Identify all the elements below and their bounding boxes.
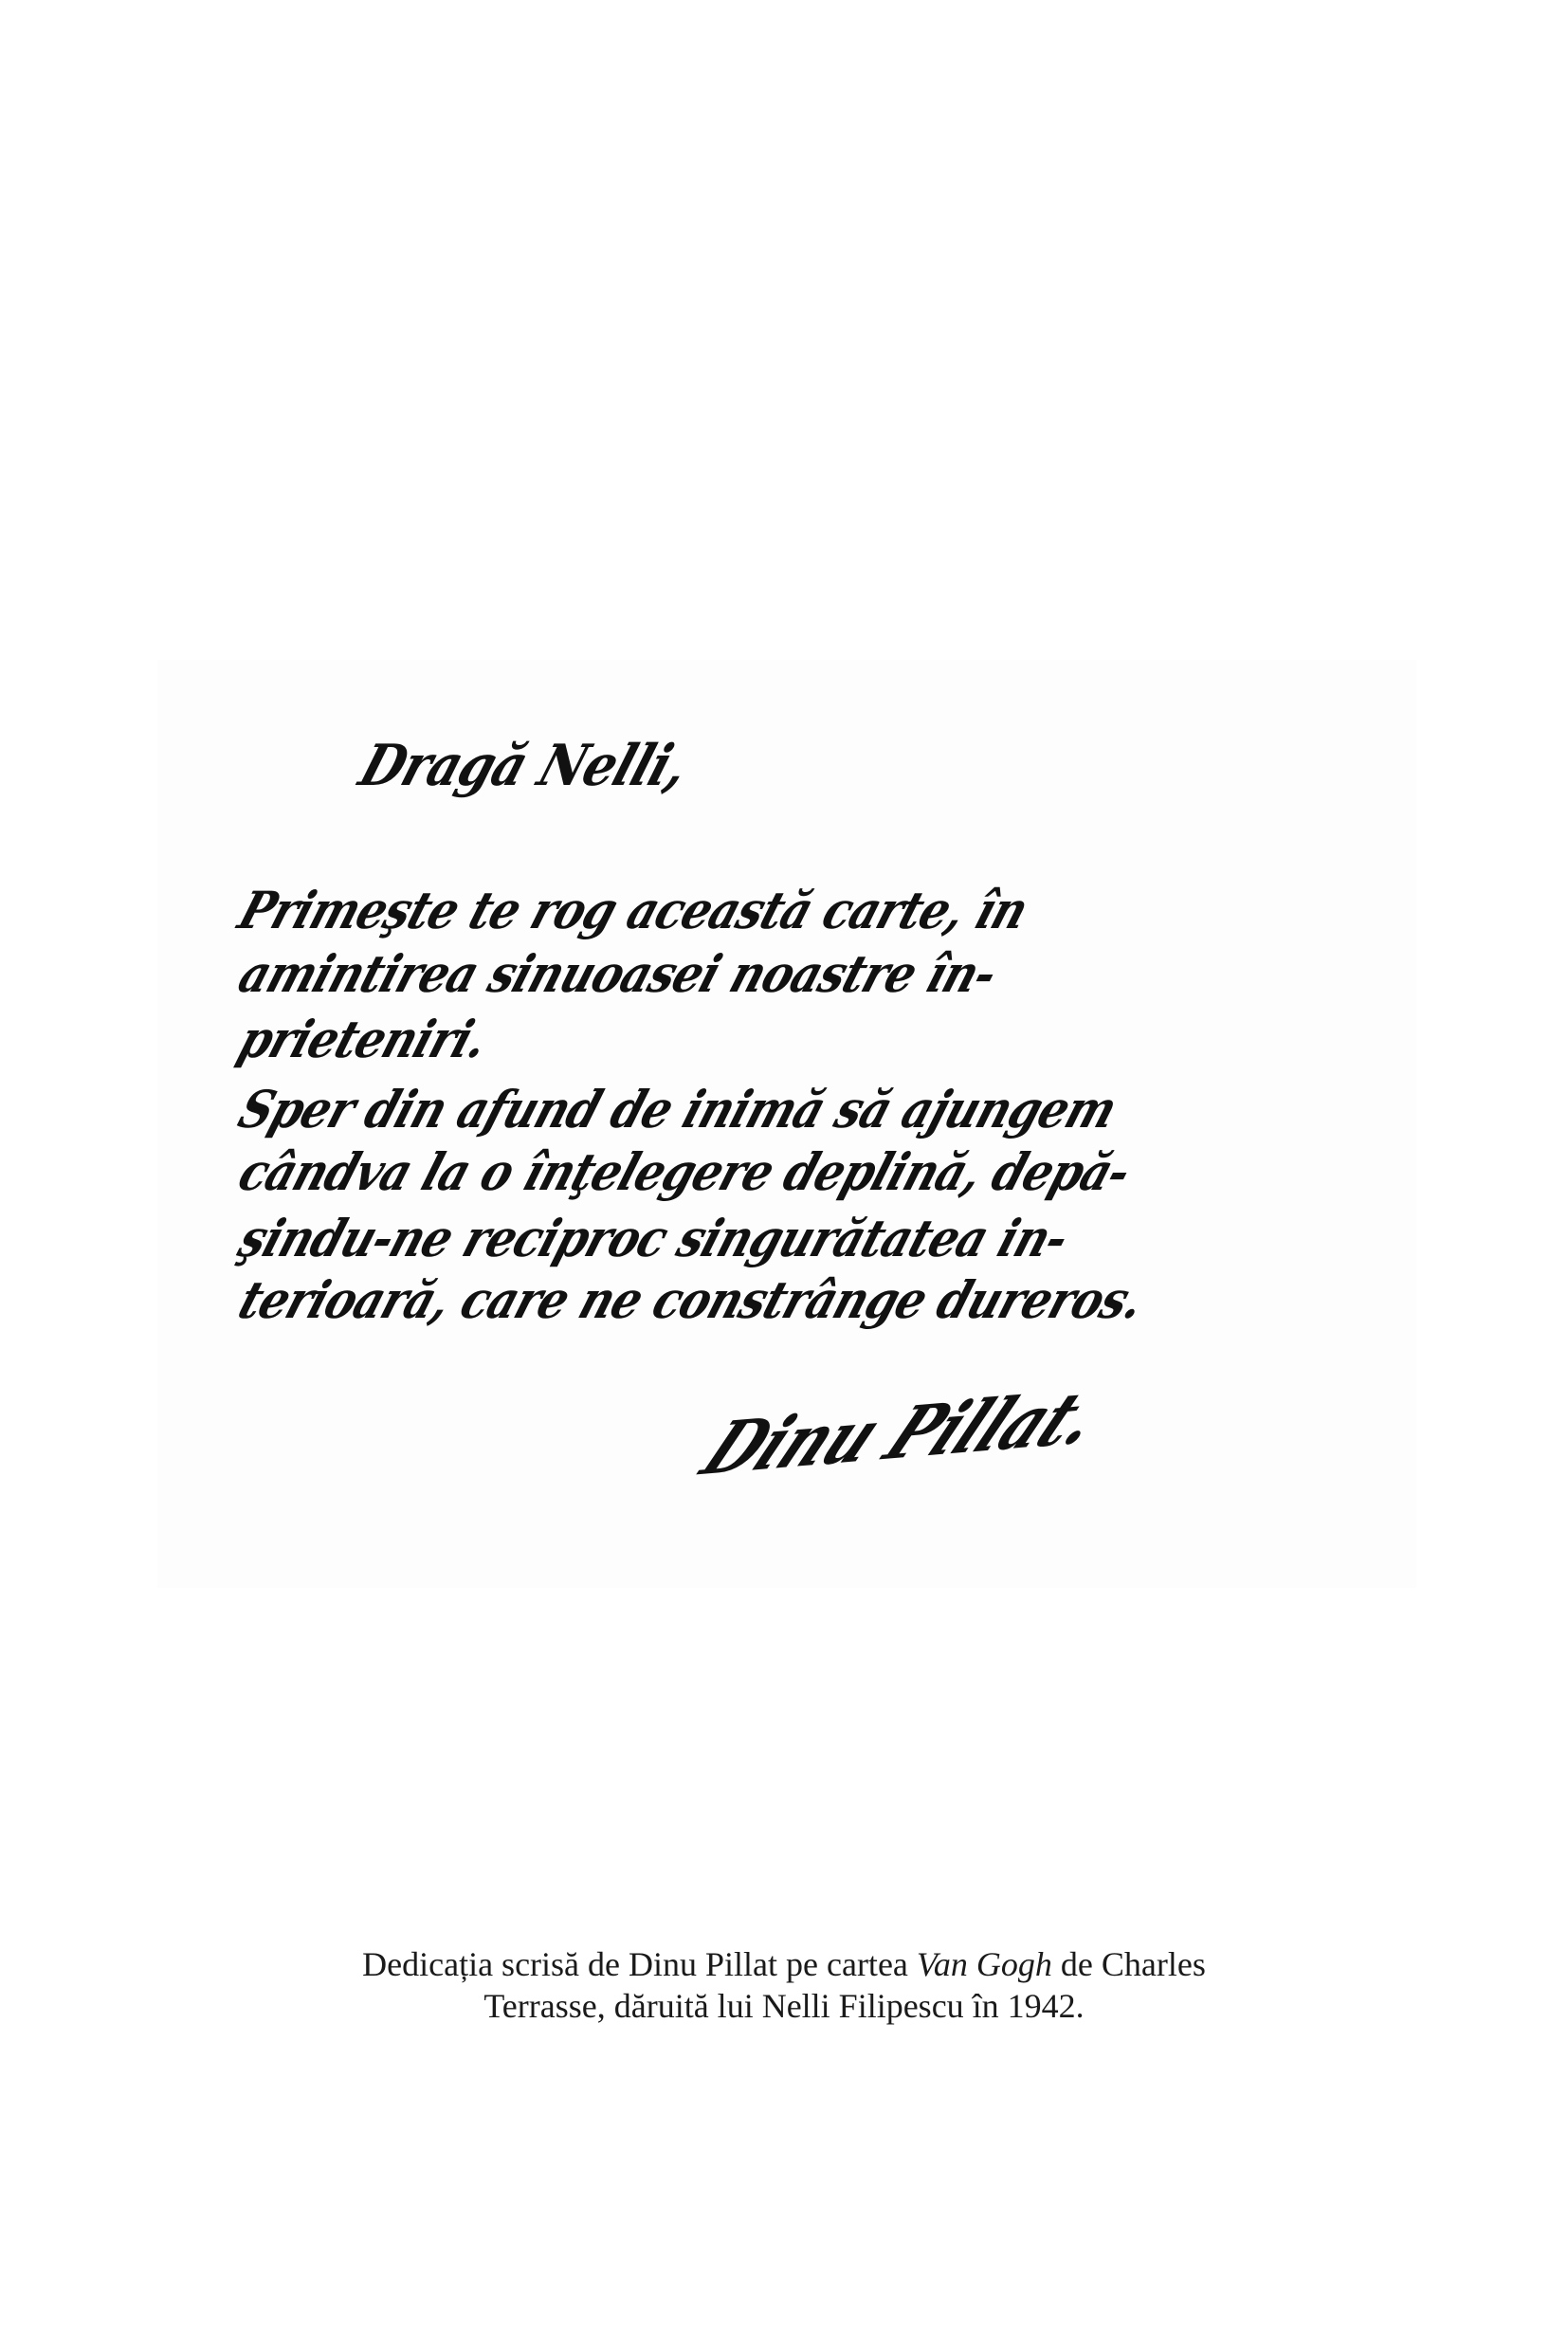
dedication-line: Sper din afund de inimă să ajungem: [231, 1081, 1123, 1140]
handwritten-dedication-scan: Dragă Nelli, Primeşte te rog această car…: [157, 660, 1416, 1588]
dedication-line: prieteniri.: [231, 1011, 495, 1070]
caption-text: de Charles: [1052, 1945, 1206, 1983]
dedication-line: amintirea sinuoasei noastre în-: [231, 945, 1004, 1005]
dedication-line: terioară, care ne constrânge dureros.: [231, 1271, 1151, 1331]
dedication-greeting: Dragă Nelli,: [352, 733, 696, 799]
caption-line-2: Terrasse, dăruită lui Nelli Filipescu în…: [0, 1985, 1568, 2027]
figure-caption: Dedicația scrisă de Dinu Pillat pe carte…: [0, 1943, 1568, 2027]
book-title: Van Gogh: [917, 1945, 1052, 1983]
dedication-line: şindu-ne reciproc singurătatea in-: [231, 1210, 1075, 1269]
author-signature: Dinu Pillat.: [688, 1374, 1116, 1492]
caption-line-1: Dedicația scrisă de Dinu Pillat pe carte…: [0, 1943, 1568, 1985]
dedication-line: cândva la o înţelegere deplină, depă-: [231, 1143, 1138, 1203]
caption-text: Dedicația scrisă de Dinu Pillat pe carte…: [362, 1945, 917, 1983]
dedication-line: Primeşte te rog această carte, în: [231, 882, 1035, 941]
